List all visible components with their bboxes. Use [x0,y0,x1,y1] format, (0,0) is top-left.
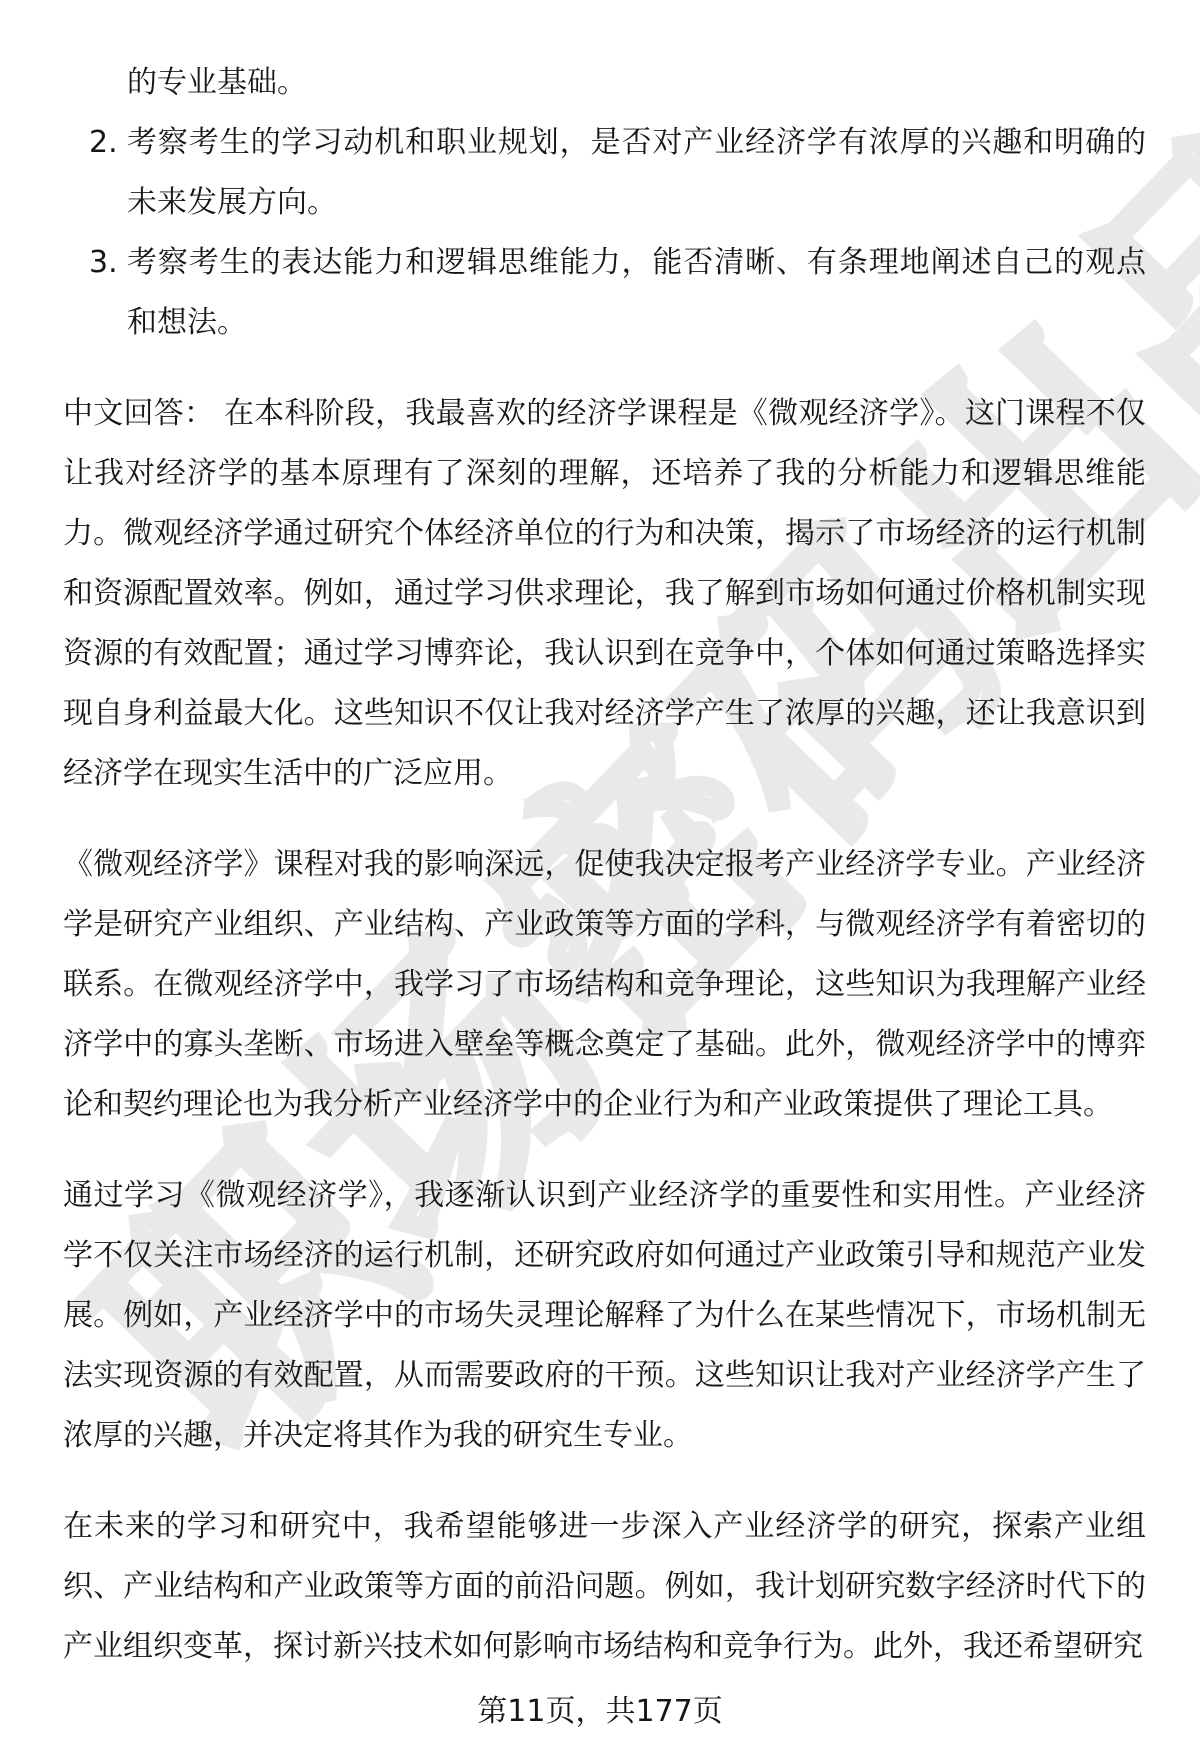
page-number-footer: 第11页，共177页 [0,1694,1200,1730]
list-item-3: 3. 考察考生的表达能力和逻辑思维能力，能否清晰、有条理地阐述自己的观点和想法。 [63,233,1146,353]
paragraph-future-research: 在未来的学习和研究中，我希望能够进一步深入产业经济学的研究，探索产业组织、产业结… [63,1497,1146,1677]
document-content: 的专业基础。 2. 考察考生的学习动机和职业规划，是否对产业经济学有浓厚的兴趣和… [63,53,1146,1677]
paragraph-chinese-answer: 中文回答： 在本科阶段，我最喜欢的经济学课程是《微观经济学》。这门课程不仅让我对… [63,384,1146,804]
document-page: 职场密码出品 的专业基础。 2. 考察考生的学习动机和职业规划，是否对产业经济学… [0,0,1200,1755]
paragraph-importance-practicality: 通过学习《微观经济学》，我逐渐认识到产业经济学的重要性和实用性。产业经济学不仅关… [63,1166,1146,1466]
paragraph-course-influence: 《微观经济学》课程对我的影响深远，促使我决定报考产业经济学专业。产业经济学是研究… [63,835,1146,1135]
list-item-1-continuation-text: 的专业基础。 [127,53,1146,113]
list-item-3-text: 考察考生的表达能力和逻辑思维能力，能否清晰、有条理地阐述自己的观点和想法。 [127,245,1146,340]
list-item-3-number: 3. [89,233,118,293]
list-item-2-number: 2. [89,113,118,173]
list-item-2-text: 考察考生的学习动机和职业规划，是否对产业经济学有浓厚的兴趣和明确的未来发展方向。 [127,125,1146,220]
list-item-2: 2. 考察考生的学习动机和职业规划，是否对产业经济学有浓厚的兴趣和明确的未来发展… [63,113,1146,233]
